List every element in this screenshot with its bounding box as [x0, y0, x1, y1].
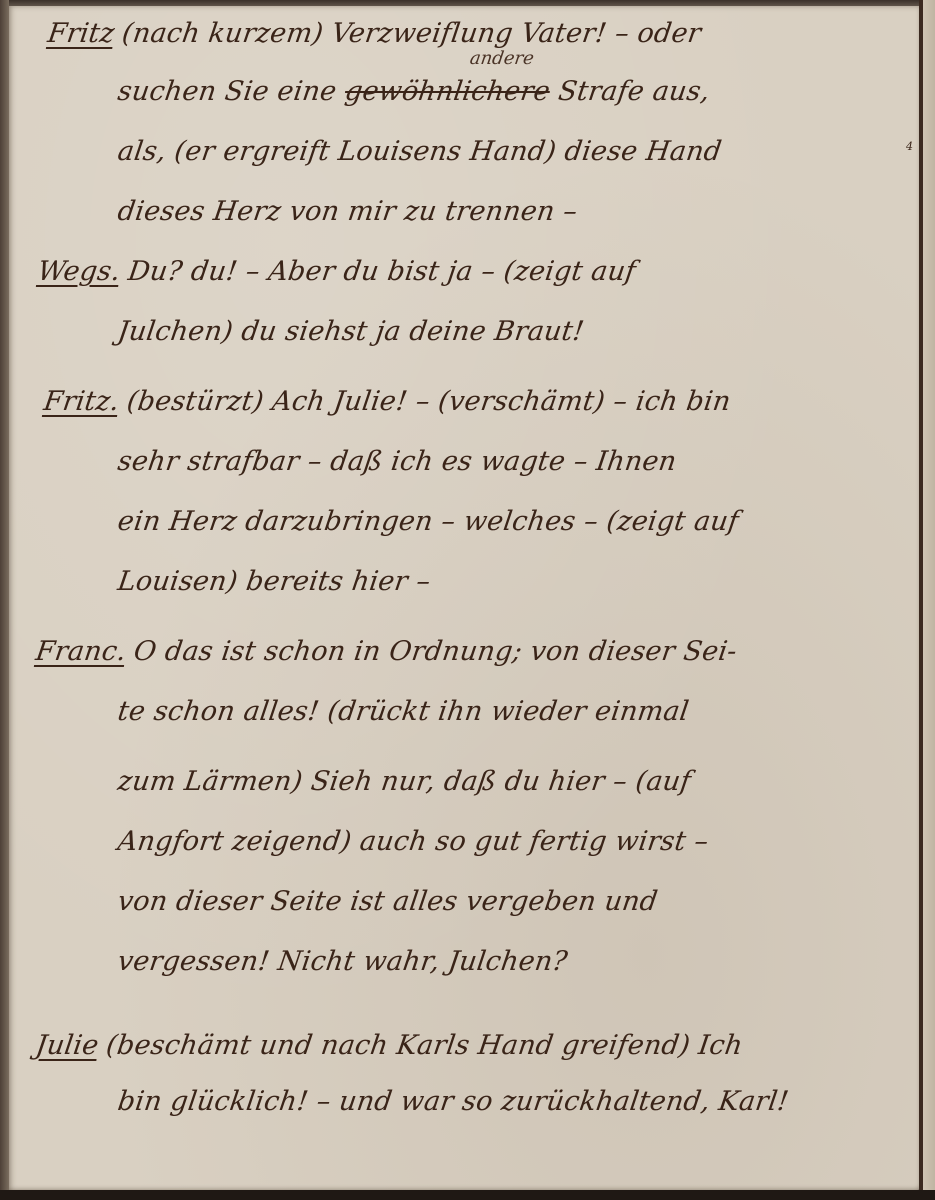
line-text: Julchen) du siehst ja deine Braut!: [116, 316, 586, 347]
line-text: Angfort zeigend) auch so gut fertig wirs…: [116, 826, 711, 857]
manuscript-line-17: Julie(beschämt und nach Karls Hand greif…: [34, 1030, 745, 1061]
manuscript-line-18: bin glücklich! – und war so zurückhalten…: [116, 1086, 791, 1117]
line-text: zum Lärmen) Sieh nur, daß du hier – (auf: [116, 766, 693, 797]
speaker-name: Fritz.: [42, 386, 121, 417]
manuscript-line-16: vergessen! Nicht wahr, Julchen?: [116, 946, 570, 977]
manuscript-line-11: Franc.O das ist schon in Ordnung; von di…: [34, 636, 739, 667]
manuscript-line-1: Fritz(nach kurzem) Verzweiflung Vater! –…: [46, 18, 703, 49]
line-text: (beschämt und nach Karls Hand greifend) …: [104, 1030, 744, 1061]
right-page-strip: [923, 0, 935, 1200]
speaker-name: Julie: [34, 1030, 101, 1061]
left-page-edge: [0, 0, 9, 1200]
manuscript-line-5: Wegs.Du? du! – Aber du bist ja – (zeigt …: [36, 256, 638, 287]
line-text: vergessen! Nicht wahr, Julchen?: [116, 946, 570, 977]
manuscript-line-12: te schon alles! (drückt ihn wieder einma…: [116, 696, 691, 727]
page-number: 4: [906, 140, 913, 153]
manuscript-line-8: sehr strafbar – daß ich es wagte – Ihnen: [116, 446, 679, 477]
line-text: (bestürzt) Ach Julie! – (verschämt) – ic…: [125, 386, 733, 417]
line-text: sehr strafbar – daß ich es wagte – Ihnen: [116, 446, 679, 477]
manuscript-line-7: Fritz.(bestürzt) Ach Julie! – (verschämt…: [42, 386, 733, 417]
line-text: Du? du! – Aber du bist ja – (zeigt auf: [126, 256, 638, 287]
line-text: ein Herz darzubringen – welches – (zeigt…: [116, 506, 741, 537]
manuscript-line-6: Julchen) du siehst ja deine Braut!: [116, 316, 586, 347]
line-text: (nach kurzem) Verzweiflung Vater! – oder: [120, 18, 703, 49]
correction-insert: andere: [469, 48, 536, 69]
manuscript-line-9: ein Herz darzubringen – welches – (zeigt…: [116, 506, 741, 537]
line-text: bin glücklich! – und war so zurückhalten…: [116, 1086, 791, 1117]
speaker-name: Fritz: [46, 18, 117, 49]
manuscript-scan: 4 andere Fritz(nach kurzem) Verzweiflung…: [0, 0, 935, 1200]
speaker-name: Franc.: [34, 636, 128, 667]
manuscript-line-3: als, (er ergreift Louisens Hand) diese H…: [116, 136, 724, 167]
line-text: suchen Sie eine gewöhnlichere Strafe aus…: [116, 76, 712, 107]
line-text: dieses Herz von mir zu trennen –: [116, 196, 580, 227]
line-text: von dieser Seite ist alles vergeben und: [116, 886, 660, 917]
manuscript-line-15: von dieser Seite ist alles vergeben und: [116, 886, 660, 917]
manuscript-line-2: suchen Sie eine gewöhnlichere Strafe aus…: [116, 76, 712, 107]
manuscript-line-10: Louisen) bereits hier –: [116, 566, 433, 597]
bottom-edge: [0, 1190, 935, 1200]
speaker-name: Wegs.: [36, 256, 123, 287]
line-text: te schon alles! (drückt ihn wieder einma…: [116, 696, 691, 727]
line-text: als, (er ergreift Louisens Hand) diese H…: [116, 136, 724, 167]
manuscript-line-4: dieses Herz von mir zu trennen –: [116, 196, 580, 227]
line-text: O das ist schon in Ordnung; von dieser S…: [132, 636, 739, 667]
manuscript-line-14: Angfort zeigend) auch so gut fertig wirs…: [116, 826, 711, 857]
line-text: Louisen) bereits hier –: [116, 566, 433, 597]
manuscript-page: [8, 6, 920, 1192]
manuscript-line-13: zum Lärmen) Sieh nur, daß du hier – (auf: [116, 766, 693, 797]
